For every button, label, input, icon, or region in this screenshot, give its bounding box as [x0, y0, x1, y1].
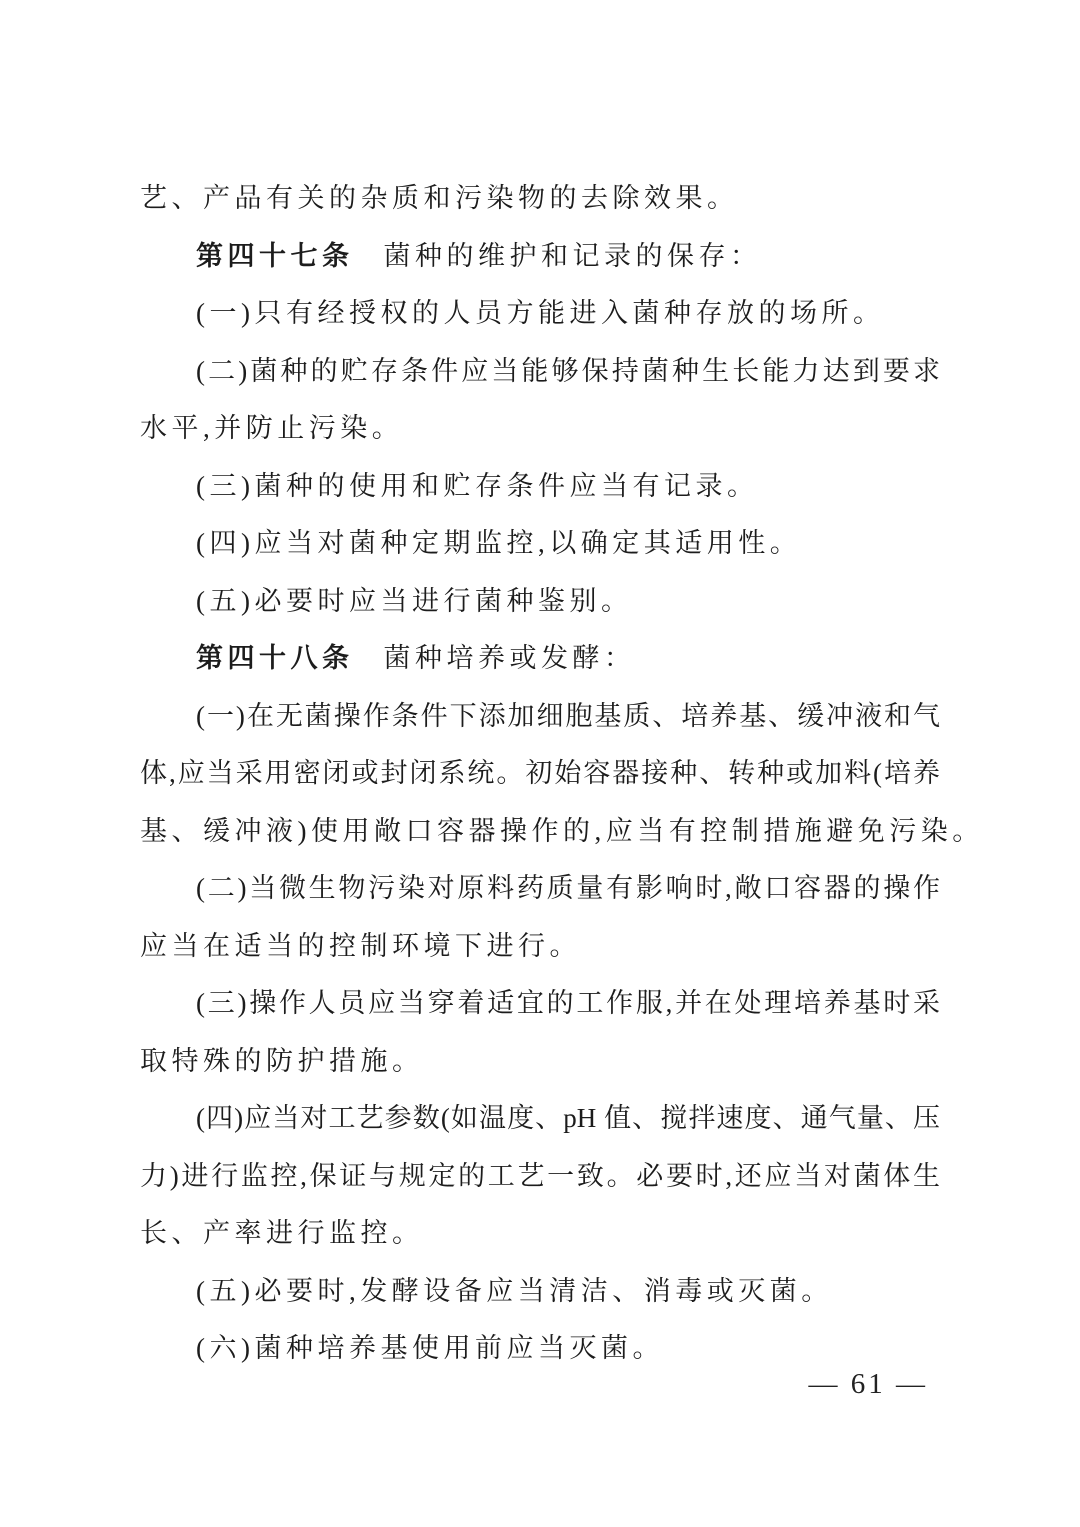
article-47-item-1: (一)只有经授权的人员方能进入菌种存放的场所。 [140, 285, 940, 343]
article-48-heading: 第四十八条菌种培养或发酵： [140, 630, 940, 688]
article-48-item-4-line-2: 力)进行监控,保证与规定的工艺一致。必要时,还应当对菌体生 [140, 1148, 940, 1206]
article-47-number: 第四十七条 [196, 241, 354, 271]
article-47-heading: 第四十七条菌种的维护和记录的保存： [140, 228, 940, 286]
article-48-number: 第四十八条 [196, 643, 354, 673]
page-number: — 61 — [809, 1368, 929, 1401]
article-48-item-4-line-1: (四)应当对工艺参数(如温度、pH 值、搅拌速度、通气量、压 [140, 1090, 940, 1148]
document-body: 艺、产品有关的杂质和污染物的去除效果。 第四十七条菌种的维护和记录的保存： (一… [140, 170, 940, 1378]
article-48-item-5: (五)必要时,发酵设备应当清洁、消毒或灭菌。 [140, 1263, 940, 1321]
article-47-item-2-line-1: (二)菌种的贮存条件应当能够保持菌种生长能力达到要求 [140, 343, 940, 401]
article-48-item-3-line-2: 取特殊的防护措施。 [140, 1033, 940, 1091]
article-47-item-5: (五)必要时应当进行菌种鉴别。 [140, 573, 940, 631]
article-48-item-3-line-1: (三)操作人员应当穿着适宜的工作服,并在处理培养基时采 [140, 975, 940, 1033]
article-48-item-2-line-1: (二)当微生物污染对原料药质量有影响时,敞口容器的操作 [140, 860, 940, 918]
body-line-continuation: 艺、产品有关的杂质和污染物的去除效果。 [140, 170, 940, 228]
article-48-item-2-line-2: 应当在适当的控制环境下进行。 [140, 918, 940, 976]
article-47-item-2-line-2: 水平,并防止污染。 [140, 400, 940, 458]
article-48-item-4-line-3: 长、产率进行监控。 [140, 1205, 940, 1263]
article-48-item-1-line-3: 基、缓冲液)使用敞口容器操作的,应当有控制措施避免污染。 [140, 803, 940, 861]
document-page: 艺、产品有关的杂质和污染物的去除效果。 第四十七条菌种的维护和记录的保存： (一… [0, 0, 1080, 1527]
article-47-item-3: (三)菌种的使用和贮存条件应当有记录。 [140, 458, 940, 516]
article-48-item-1-line-1: (一)在无菌操作条件下添加细胞基质、培养基、缓冲液和气 [140, 688, 940, 746]
article-48-title: 菌种培养或发酵： [384, 643, 636, 673]
article-48-item-1-line-2: 体,应当采用密闭或封闭系统。初始容器接种、转种或加料(培养 [140, 745, 940, 803]
article-47-item-4: (四)应当对菌种定期监控,以确定其适用性。 [140, 515, 940, 573]
article-47-title: 菌种的维护和记录的保存： [384, 241, 762, 271]
